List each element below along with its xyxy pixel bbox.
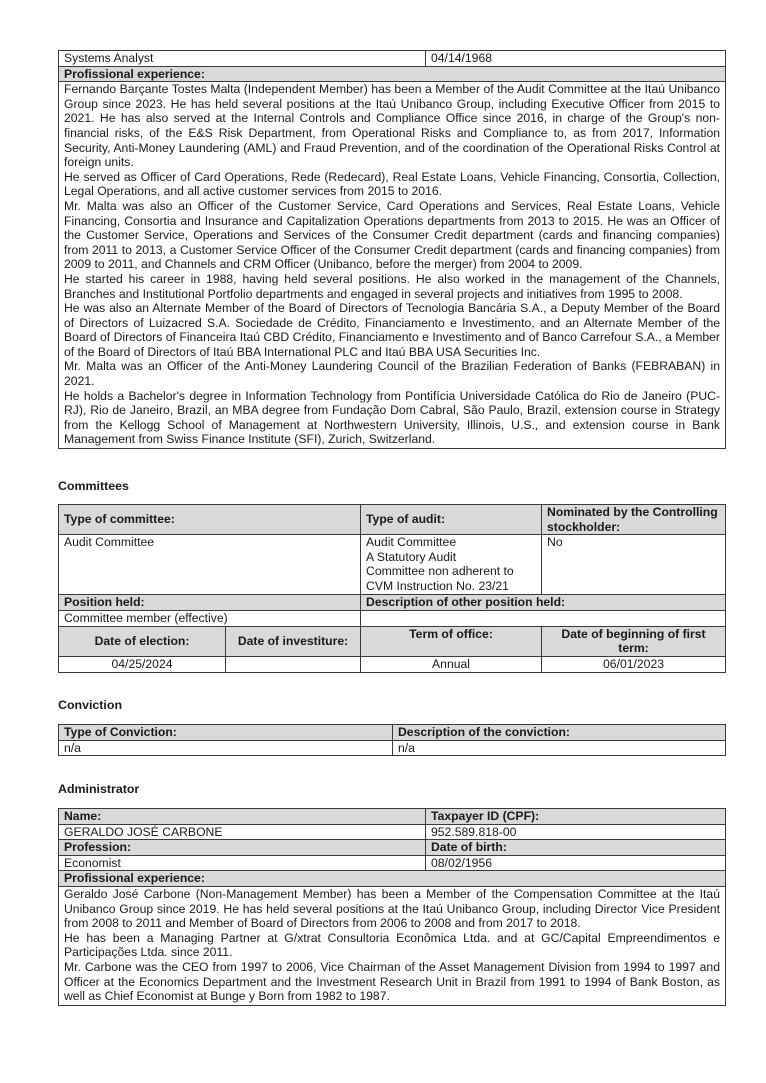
other-position-header: Description of other position held: (361, 595, 726, 611)
committees-table: Type of committee: Type of audit: Nomina… (58, 504, 726, 673)
experience-paragraph: Mr. Malta was also an Officer of the Cus… (64, 199, 720, 272)
first-term-header: Date of beginning of first term: (542, 626, 726, 656)
experience-paragraph: Mr. Carbone was the CEO from 1997 to 200… (64, 960, 720, 1004)
experience-header: Profissional experience: (59, 871, 726, 887)
conviction-title: Conviction (58, 698, 122, 712)
experience-text: Fernando Barçante Tostes Malta (Independ… (59, 82, 726, 449)
date-of-election-value: 04/25/2024 (59, 656, 226, 672)
experience-paragraph: He started his career in 1988, having he… (64, 272, 720, 301)
nominated-value: No (542, 535, 726, 595)
experience-paragraph: Geraldo José Carbone (Non-Management Mem… (64, 887, 720, 931)
experience-paragraph: Fernando Barçante Tostes Malta (Independ… (64, 82, 720, 170)
conviction-description-header: Description of the conviction: (393, 725, 726, 741)
other-position-value (361, 610, 726, 626)
committees-title: Committees (58, 479, 129, 493)
experience-text: Geraldo José Carbone (Non-Management Mem… (59, 886, 726, 1005)
conviction-type-header: Type of Conviction: (59, 725, 393, 741)
experience-paragraph: He holds a Bachelor's degree in Informat… (64, 389, 720, 447)
conviction-table: Type of Conviction: Description of the c… (58, 724, 726, 756)
type-of-committee-header: Type of committee: (59, 505, 361, 535)
position-held-value: Committee member (effective) (59, 610, 361, 626)
name-value: GERALDO JOSÉ CARBONE (59, 824, 426, 840)
type-of-audit-value: Audit Committee A Statutory Audit Commit… (361, 535, 542, 595)
date-of-investiture-header: Date of investiture: (226, 626, 361, 656)
date-of-birth-value: 08/02/1956 (426, 855, 726, 871)
date-of-investiture-value (226, 656, 361, 672)
term-of-office-header: Term of office: (361, 626, 542, 656)
administrator-table: Name: Taxpayer ID (CPF): GERALDO JOSÉ CA… (58, 808, 726, 1006)
date-of-election-header: Date of election: (59, 626, 226, 656)
member-info-table: Systems Analyst 04/14/1968 Profissional … (58, 50, 726, 449)
cpf-header: Taxpayer ID (CPF): (426, 809, 726, 825)
name-header: Name: (59, 809, 426, 825)
administrator-title: Administrator (58, 782, 139, 796)
experience-paragraph: Mr. Malta was an Officer of the Anti-Mon… (64, 359, 720, 388)
date-of-birth-header: Date of birth: (426, 840, 726, 856)
type-of-audit-line: Audit Committee (366, 535, 515, 550)
type-of-audit-header: Type of audit: (361, 505, 542, 535)
nominated-header: Nominated by the Controlling stockholder… (542, 505, 726, 535)
type-of-audit-line: A Statutory Audit Committee non adherent… (366, 550, 515, 594)
experience-paragraph: He was also an Alternate Member of the B… (64, 301, 720, 359)
term-of-office-value: Annual (361, 656, 542, 672)
experience-paragraph: He has been a Managing Partner at G/xtra… (64, 931, 720, 960)
experience-paragraph: He served as Officer of Card Operations,… (64, 170, 720, 199)
conviction-description-value: n/a (393, 740, 726, 756)
profession-header: Profession: (59, 840, 426, 856)
profession-row: Systems Analyst 04/14/1968 (59, 51, 726, 67)
date-of-birth-value: 04/14/1968 (426, 51, 726, 67)
position-held-header: Position held: (59, 595, 361, 611)
profession-value: Economist (59, 855, 426, 871)
experience-header: Profissional experience: (59, 66, 726, 82)
profession-value: Systems Analyst (59, 51, 426, 67)
conviction-type-value: n/a (59, 740, 393, 756)
cpf-value: 952.589.818-00 (426, 824, 726, 840)
type-of-committee-value: Audit Committee (59, 535, 361, 595)
first-term-value: 06/01/2023 (542, 656, 726, 672)
